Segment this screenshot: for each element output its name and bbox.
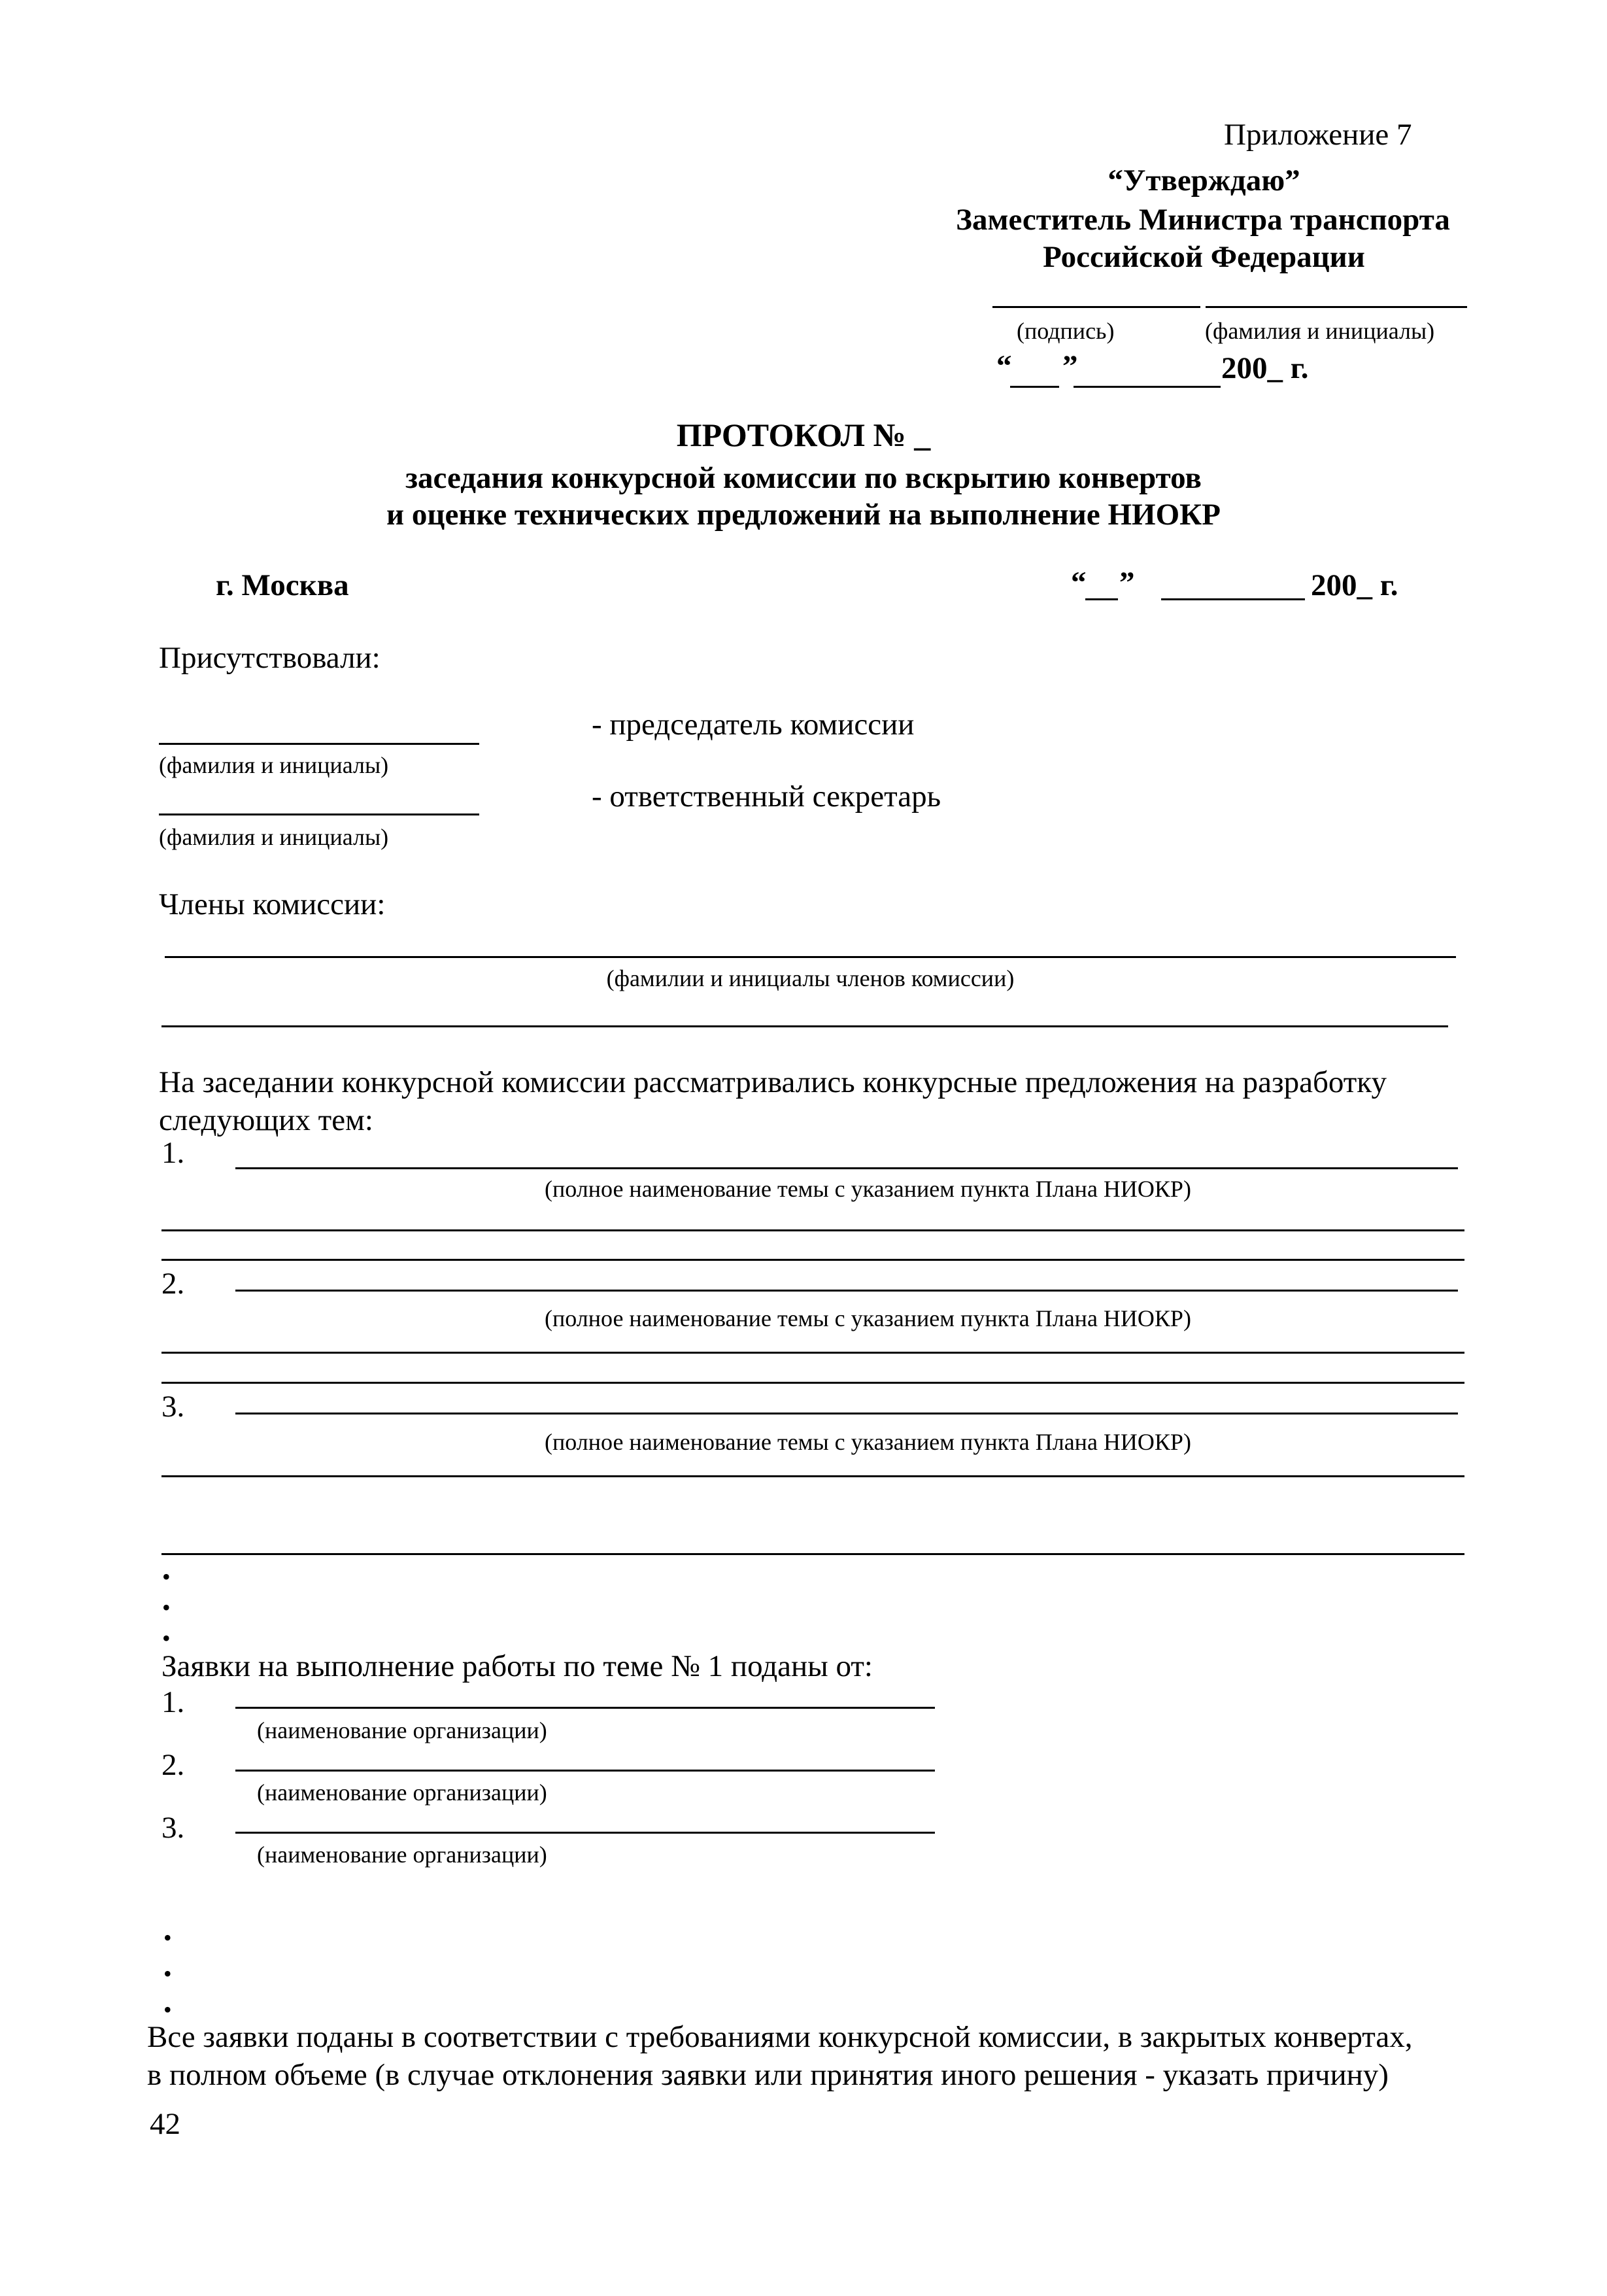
chair-name-hint: (фамилия и инициалы) xyxy=(159,753,388,777)
application-2-field[interactable] xyxy=(235,1770,935,1772)
application-3-hint: (наименование организации) xyxy=(257,1843,547,1866)
protocol-title: ПРОТОКОЛ № _ xyxy=(0,419,1607,451)
topics-continuation-dot-3: • xyxy=(162,1626,171,1650)
members-hint: (фамилии и инициалы членов комиссии) xyxy=(165,967,1456,990)
approver-position-line1: Заместитель Министра транспорта xyxy=(941,205,1464,235)
meeting-day-field[interactable] xyxy=(1085,598,1118,600)
topic-2-number: 2. xyxy=(161,1269,184,1299)
meeting-month-field[interactable] xyxy=(1161,598,1305,600)
topic-1-field[interactable] xyxy=(235,1167,1458,1169)
protocol-subtitle-line2: и оценке технических предложений на выпо… xyxy=(0,500,1607,530)
topic-1-number: 1. xyxy=(161,1138,184,1169)
applications-continuation-dot-1: • xyxy=(163,1926,172,1949)
application-1-hint: (наименование организации) xyxy=(257,1719,547,1742)
secretary-role: - ответственный секретарь xyxy=(592,781,941,812)
topic-1-hint: (полное наименование темы с указанием пу… xyxy=(545,1177,1191,1201)
topic-2-field-line3[interactable] xyxy=(161,1382,1464,1384)
secretary-name-field[interactable] xyxy=(159,814,479,815)
members-heading: Члены комиссии: xyxy=(159,889,385,920)
applications-continuation-dot-3: • xyxy=(163,1998,172,2021)
application-3-field[interactable] xyxy=(235,1832,935,1834)
topic-3-field-line4[interactable] xyxy=(161,1553,1464,1555)
conclusion-line1: Все заявки поданы в соответствии с требо… xyxy=(147,2022,1412,2053)
application-2-hint: (наименование организации) xyxy=(257,1781,547,1804)
topics-intro: На заседании конкурсной комиссии рассмат… xyxy=(159,1067,1387,1098)
members-field-line2[interactable] xyxy=(161,1025,1448,1027)
topics-continuation-dot-1: • xyxy=(162,1565,171,1588)
topic-1-field-line2[interactable] xyxy=(161,1229,1464,1231)
topic-3-hint: (полное наименование темы с указанием пу… xyxy=(545,1430,1191,1454)
application-2-number: 2. xyxy=(161,1750,184,1781)
approval-month-field[interactable] xyxy=(1074,386,1221,388)
signature-label: (подпись) xyxy=(1017,319,1114,343)
members-field-line1[interactable] xyxy=(165,956,1456,958)
topic-1-field-line3[interactable] xyxy=(161,1259,1464,1261)
application-1-number: 1. xyxy=(161,1687,184,1718)
chair-name-field[interactable] xyxy=(159,743,479,745)
topic-2-field[interactable] xyxy=(235,1290,1458,1292)
approval-date-open-quote: “ xyxy=(996,351,1012,382)
chair-role: - председатель комиссии xyxy=(592,710,914,740)
topics-continuation-dot-2: • xyxy=(162,1596,171,1619)
applications-heading: Заявки на выполнение работы по теме № 1 … xyxy=(161,1651,873,1682)
approver-name-line[interactable] xyxy=(1206,306,1467,308)
meeting-city: г. Москва xyxy=(216,570,349,601)
appendix-label: Приложение 7 xyxy=(1224,120,1412,150)
applications-continuation-dot-2: • xyxy=(163,1962,172,1985)
page-number: 42 xyxy=(150,2109,180,2140)
approver-name-label: (фамилия и инициалы) xyxy=(1205,319,1434,343)
topic-2-field-line2[interactable] xyxy=(161,1352,1464,1354)
topic-3-field[interactable] xyxy=(235,1413,1458,1414)
signature-line[interactable] xyxy=(992,306,1200,308)
topic-3-number: 3. xyxy=(161,1392,184,1422)
approval-heading: “Утверждаю” xyxy=(947,165,1461,196)
approval-day-field[interactable] xyxy=(1010,386,1059,388)
secretary-name-hint: (фамилия и инициалы) xyxy=(159,825,388,849)
approver-position-line2: Российской Федерации xyxy=(947,242,1461,273)
approval-year: 200_ г. xyxy=(1221,353,1309,384)
conclusion-line2: в полном объеме (в случае отклонения зая… xyxy=(147,2060,1389,2091)
application-3-number: 3. xyxy=(161,1813,184,1843)
meeting-year: 200_ г. xyxy=(1311,570,1398,601)
topic-2-hint: (полное наименование темы с указанием пу… xyxy=(545,1307,1191,1330)
meeting-date-close-quote: ” xyxy=(1119,568,1135,598)
application-1-field[interactable] xyxy=(235,1707,935,1709)
protocol-subtitle-line1: заседания конкурсной комиссии по вскрыти… xyxy=(0,463,1607,494)
topics-intro-cont: следующих тем: xyxy=(159,1105,373,1136)
approval-date-close-quote: ” xyxy=(1062,351,1078,382)
attendees-heading: Присутствовали: xyxy=(159,643,381,674)
topic-3-field-line2[interactable] xyxy=(161,1475,1464,1477)
meeting-date-open-quote: “ xyxy=(1071,568,1087,598)
